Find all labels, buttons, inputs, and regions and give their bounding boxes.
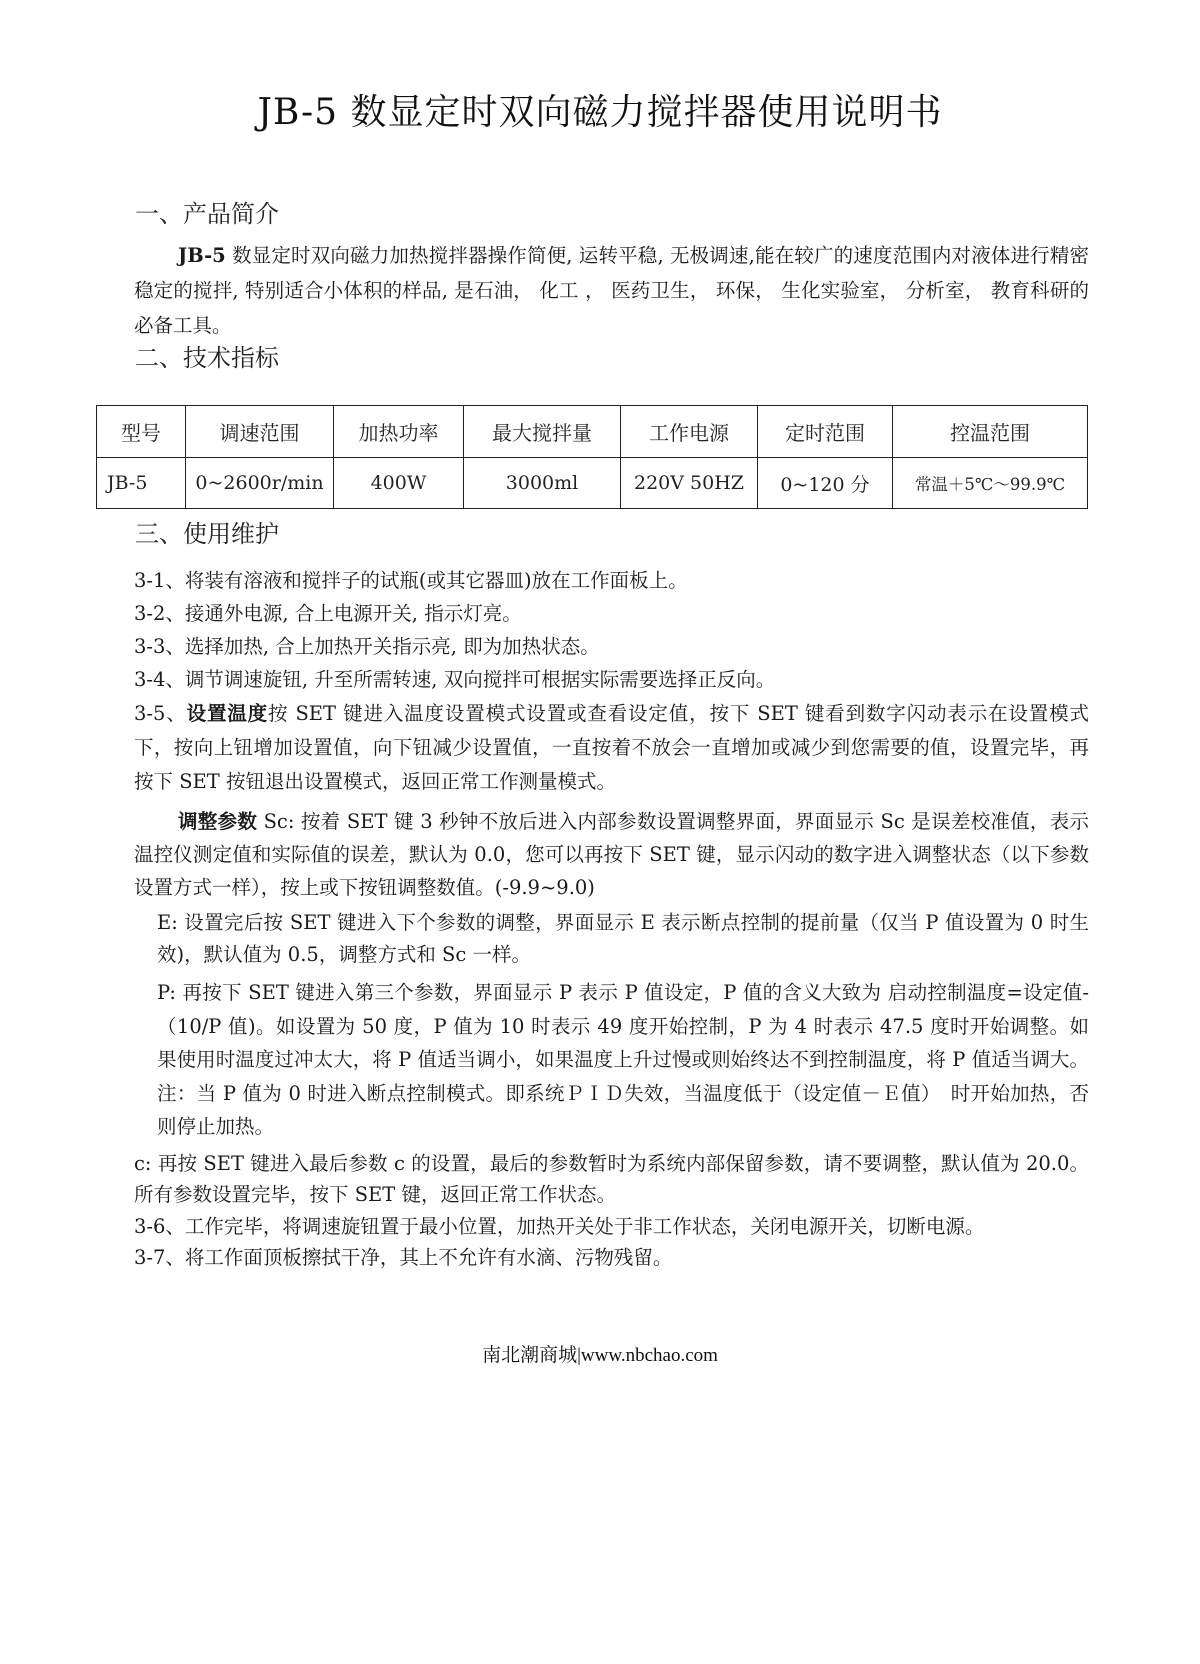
section-heading-usage: 三、使用维护: [135, 518, 279, 550]
params-sc-body: Sc: 按着 SET 键 3 秒钟不放后进入内部参数设置调整界面，界面显示 Sc…: [134, 810, 1089, 899]
intro-model-bold: JB-5: [178, 244, 226, 267]
step-3-3: 3-3、选择加热, 合上加热开关指示亮, 即为加热状态。: [134, 632, 600, 662]
document-page: JB-5 数显定时双向磁力搅拌器使用说明书 一、产品简介 JB-5 数显定时双向…: [0, 0, 1200, 1664]
spec-header-cell: 定时范围: [758, 406, 893, 458]
spec-header-cell: 控温范围: [893, 406, 1088, 458]
spec-cell-model: JB-5: [97, 458, 186, 509]
step-3-4: 3-4、调节调速旋钮, 升至所需转速, 双向搅拌可根据实际需要选择正反向。: [134, 665, 775, 695]
step-3-5-bold: 设置温度: [187, 702, 268, 725]
step-3-7: 3-7、将工作面顶板擦拭干净，其上不允许有水滴、污物残留。: [134, 1243, 672, 1273]
spec-header-cell: 型号: [97, 406, 186, 458]
spec-table: 型号 调速范围 加热功率 最大搅拌量 工作电源 定时范围 控温范围 JB-5 0…: [96, 405, 1088, 509]
step-3-5-body: 按 SET 键进入温度设置模式设置或查看设定值，按下 SET 键看到数字闪动表示…: [134, 702, 1089, 793]
params-sc: 调整参数 Sc: 按着 SET 键 3 秒钟不放后进入内部参数设置调整界面，界面…: [134, 805, 1089, 904]
step-3-1: 3-1、将装有溶液和搅拌子的试瓶(或其它器皿)放在工作面板上。: [134, 566, 688, 596]
params-e: E: 设置完后按 SET 键进入下个参数的调整，界面显示 E 表示断点控制的提前…: [157, 907, 1089, 971]
params-c: c: 再按 SET 键进入最后参数 c 的设置，最后的参数暂时为系统内部保留参数…: [134, 1148, 1089, 1210]
spec-header-cell: 工作电源: [621, 406, 758, 458]
spec-cell-temp: 常温＋5℃～99.9℃: [893, 458, 1088, 509]
intro-body: 数显定时双向磁力加热搅拌器操作简便, 运转平稳, 无极调速,能在较广的速度范围内…: [134, 244, 1089, 337]
section-heading-specs: 二、技术指标: [135, 342, 279, 374]
section-heading-intro: 一、产品简介: [135, 198, 279, 230]
document-title: JB-5 数显定时双向磁力搅拌器使用说明书: [0, 88, 1200, 138]
spec-cell-capacity: 3000ml: [464, 458, 621, 509]
params-p: P: 再按下 SET 键进入第三个参数，界面显示 P 表示 P 值设定，P 值的…: [157, 976, 1089, 1144]
spec-header-cell: 最大搅拌量: [464, 406, 621, 458]
spec-cell-supply: 220V 50HZ: [621, 458, 758, 509]
spec-header-cell: 调速范围: [186, 406, 334, 458]
spec-cell-power: 400W: [334, 458, 464, 509]
step-3-2: 3-2、接通外电源, 合上电源开关, 指示灯亮。: [134, 599, 522, 629]
spec-cell-speed: 0~2600r/min: [186, 458, 334, 509]
step-3-5: 3-5、设置温度按 SET 键进入温度设置模式设置或查看设定值，按下 SET 键…: [134, 697, 1089, 799]
intro-paragraph: JB-5 数显定时双向磁力加热搅拌器操作简便, 运转平稳, 无极调速,能在较广的…: [134, 238, 1089, 343]
params-bold: 调整参数: [178, 810, 257, 833]
footer-site: 南北潮商城|www.nbchao.com: [0, 1340, 1200, 1367]
step-3-6: 3-6、工作完毕，将调速旋钮置于最小位置，加热开关处于非工作状态，关闭电源开关，…: [134, 1212, 984, 1242]
spec-table-row: JB-5 0~2600r/min 400W 3000ml 220V 50HZ 0…: [97, 458, 1088, 509]
spec-header-cell: 加热功率: [334, 406, 464, 458]
spec-table-header-row: 型号 调速范围 加热功率 最大搅拌量 工作电源 定时范围 控温范围: [97, 406, 1088, 458]
spec-cell-timer: 0~120 分: [758, 458, 893, 509]
step-3-5-prefix: 3-5、: [134, 702, 187, 725]
